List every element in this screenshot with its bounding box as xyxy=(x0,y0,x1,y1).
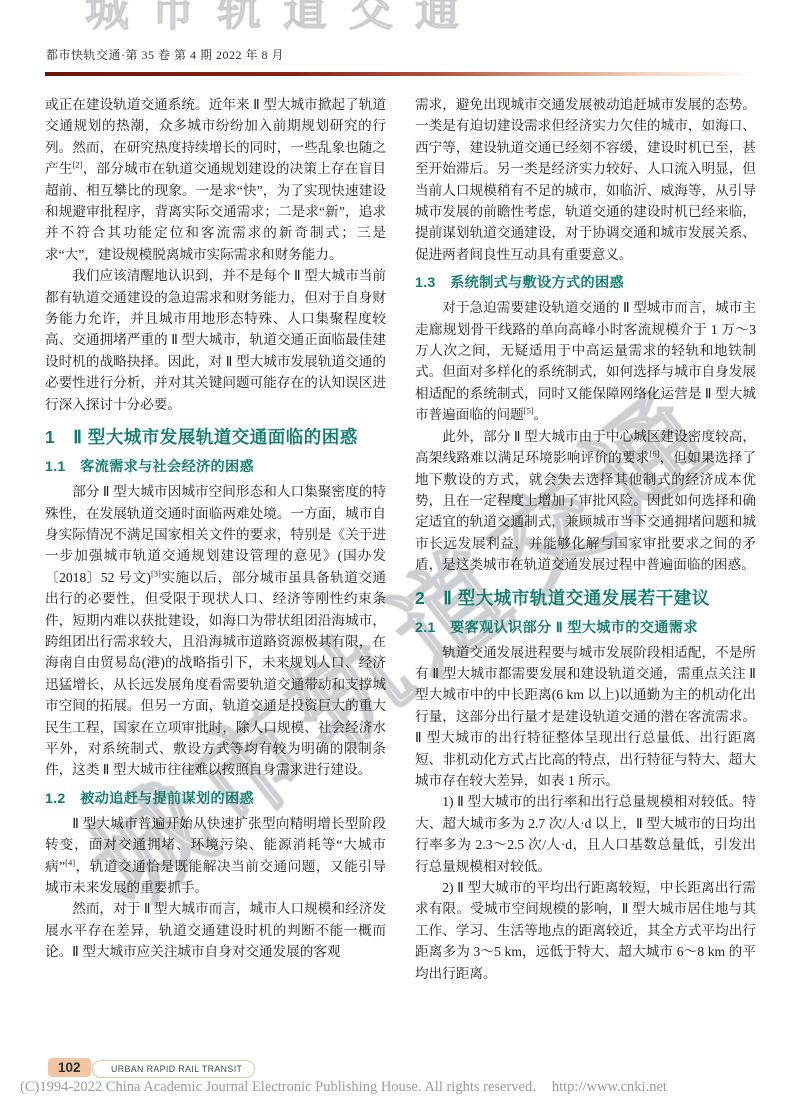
paragraph: 部分 Ⅱ 型大城市因城市空间形态和人口集聚密度的特殊性，在发展轨道交通时面临两难… xyxy=(45,481,386,781)
citation-ref: [3] xyxy=(151,568,161,578)
paragraph: Ⅱ 型大城市普遍开始从快速扩张型向精明增长型阶段转变，面对交通拥堵、环境污染、能… xyxy=(45,813,386,899)
copyright-text: (C)1994-2022 China Academic Journal Elec… xyxy=(20,1079,536,1095)
journal-header-text: 都市快轨交通·第 35 卷 第 4 期 2022 年 8 月 xyxy=(46,46,284,63)
subsection-heading-1-3: 1.3 系统制式与敷设方式的困惑 xyxy=(415,272,756,292)
top-watermark: 城市轨道交通 xyxy=(85,0,481,38)
header-rule xyxy=(45,72,757,76)
page-number-badge: 102 xyxy=(48,1058,91,1077)
paragraph-text: 对于急迫需要建设轨道交通的 Ⅱ 型城市而言，城市主走廊规划骨干线路的单向高峰小时… xyxy=(415,300,756,422)
paragraph-text: 。 xyxy=(534,407,548,422)
citation-ref: [6] xyxy=(650,449,660,459)
section-heading-2: 2 Ⅱ 型大城市轨道交通发展若干建议 xyxy=(415,585,756,610)
cnki-url: http://www.cnki.net xyxy=(552,1079,667,1095)
section-heading-1: 1 Ⅱ 型大城市发展轨道交通面临的困惑 xyxy=(45,424,386,449)
left-column: 或正在建设轨道交通系统。近年来 Ⅱ 型大城市掀起了轨道交通规划的热潮，众多城市纷… xyxy=(45,94,386,1052)
citation-ref: [4] xyxy=(65,857,75,867)
paragraph-text: 实施以后，部分城市虽具备轨道交通出行的必要性，但受限于现状人口、经济等刚性约束条… xyxy=(45,570,386,778)
numbered-item-2: 2) Ⅱ 型大城市的平均出行距离较短，中长距离出行需求有限。受城市空间规模的影响… xyxy=(415,877,756,984)
citation-ref: [2] xyxy=(73,160,83,170)
paragraph-continuation: 或正在建设轨道交通系统。近年来 Ⅱ 型大城市掀起了轨道交通规划的热潮，众多城市纷… xyxy=(45,94,386,265)
paragraph: 我们应该清醒地认识到，并不是每个 Ⅱ 型大城市当前都有轨道交通建设的急迫需求和财… xyxy=(45,265,386,415)
paragraph-text: ，但如果选择了地下敷设的方式，就会失去选择其他制式的经济成本优势，且在一定程度上… xyxy=(415,450,756,572)
citation-ref: [5] xyxy=(524,406,534,416)
paragraph: 此外，部分 Ⅱ 型大城市由于中心城区建设密度较高，高架线路难以满足环境影响评价的… xyxy=(415,426,756,576)
paragraph: 轨道交通发展进程要与城市发展阶段相适配，不是所有 Ⅱ 型大城市都需要发展和建设轨… xyxy=(415,642,756,792)
paragraph-text: ，部分城市在轨道交通规划建设的决策上存在盲目超前、相互攀比的现象。一是求“快”，… xyxy=(45,161,386,262)
journal-english-name-pill: URBAN RAPID RAIL TRANSIT xyxy=(92,1060,255,1078)
right-column: 需求，避免出现城市交通发展被动追赶城市发展的态势。一类是有迫切建设需求但经济实力… xyxy=(415,94,756,1052)
numbered-item-1: 1) Ⅱ 型大城市的出行率和出行总量规模相对较低。特大、超大城市多为 2.7 次… xyxy=(415,791,756,877)
paragraph: 然而，对于 Ⅱ 型大城市而言，城市人口规模和经济发展水平存在差异，轨道交通建设时… xyxy=(45,898,386,962)
subsection-heading-1-2: 1.2 被动追赶与提前谋划的困惑 xyxy=(45,788,386,808)
subsection-heading-1-1: 1.1 客流需求与社会经济的困惑 xyxy=(45,456,386,476)
paragraph: 对于急迫需要建设轨道交通的 Ⅱ 型城市而言，城市主走廊规划骨干线路的单向高峰小时… xyxy=(415,297,756,425)
journal-page: 城市轨道交通 城市轨道交通 都市快轨交通·第 35 卷 第 4 期 2022 年… xyxy=(0,0,800,1116)
subsection-heading-2-1: 2.1 要客观认识部分 Ⅱ 型大城市的交通需求 xyxy=(415,617,756,637)
paragraph-continuation: 需求，避免出现城市交通发展被动追赶城市发展的态势。一类是有迫切建设需求但经济实力… xyxy=(415,94,756,265)
article-body: 或正在建设轨道交通系统。近年来 Ⅱ 型大城市掀起了轨道交通规划的热潮，众多城市纷… xyxy=(45,94,757,1052)
paragraph-text: ，轨道交通恰是既能解决当前交通问题，又能引导城市未来发展的重要抓手。 xyxy=(45,859,386,895)
copyright-line: (C)1994-2022 China Academic Journal Elec… xyxy=(20,1079,667,1096)
